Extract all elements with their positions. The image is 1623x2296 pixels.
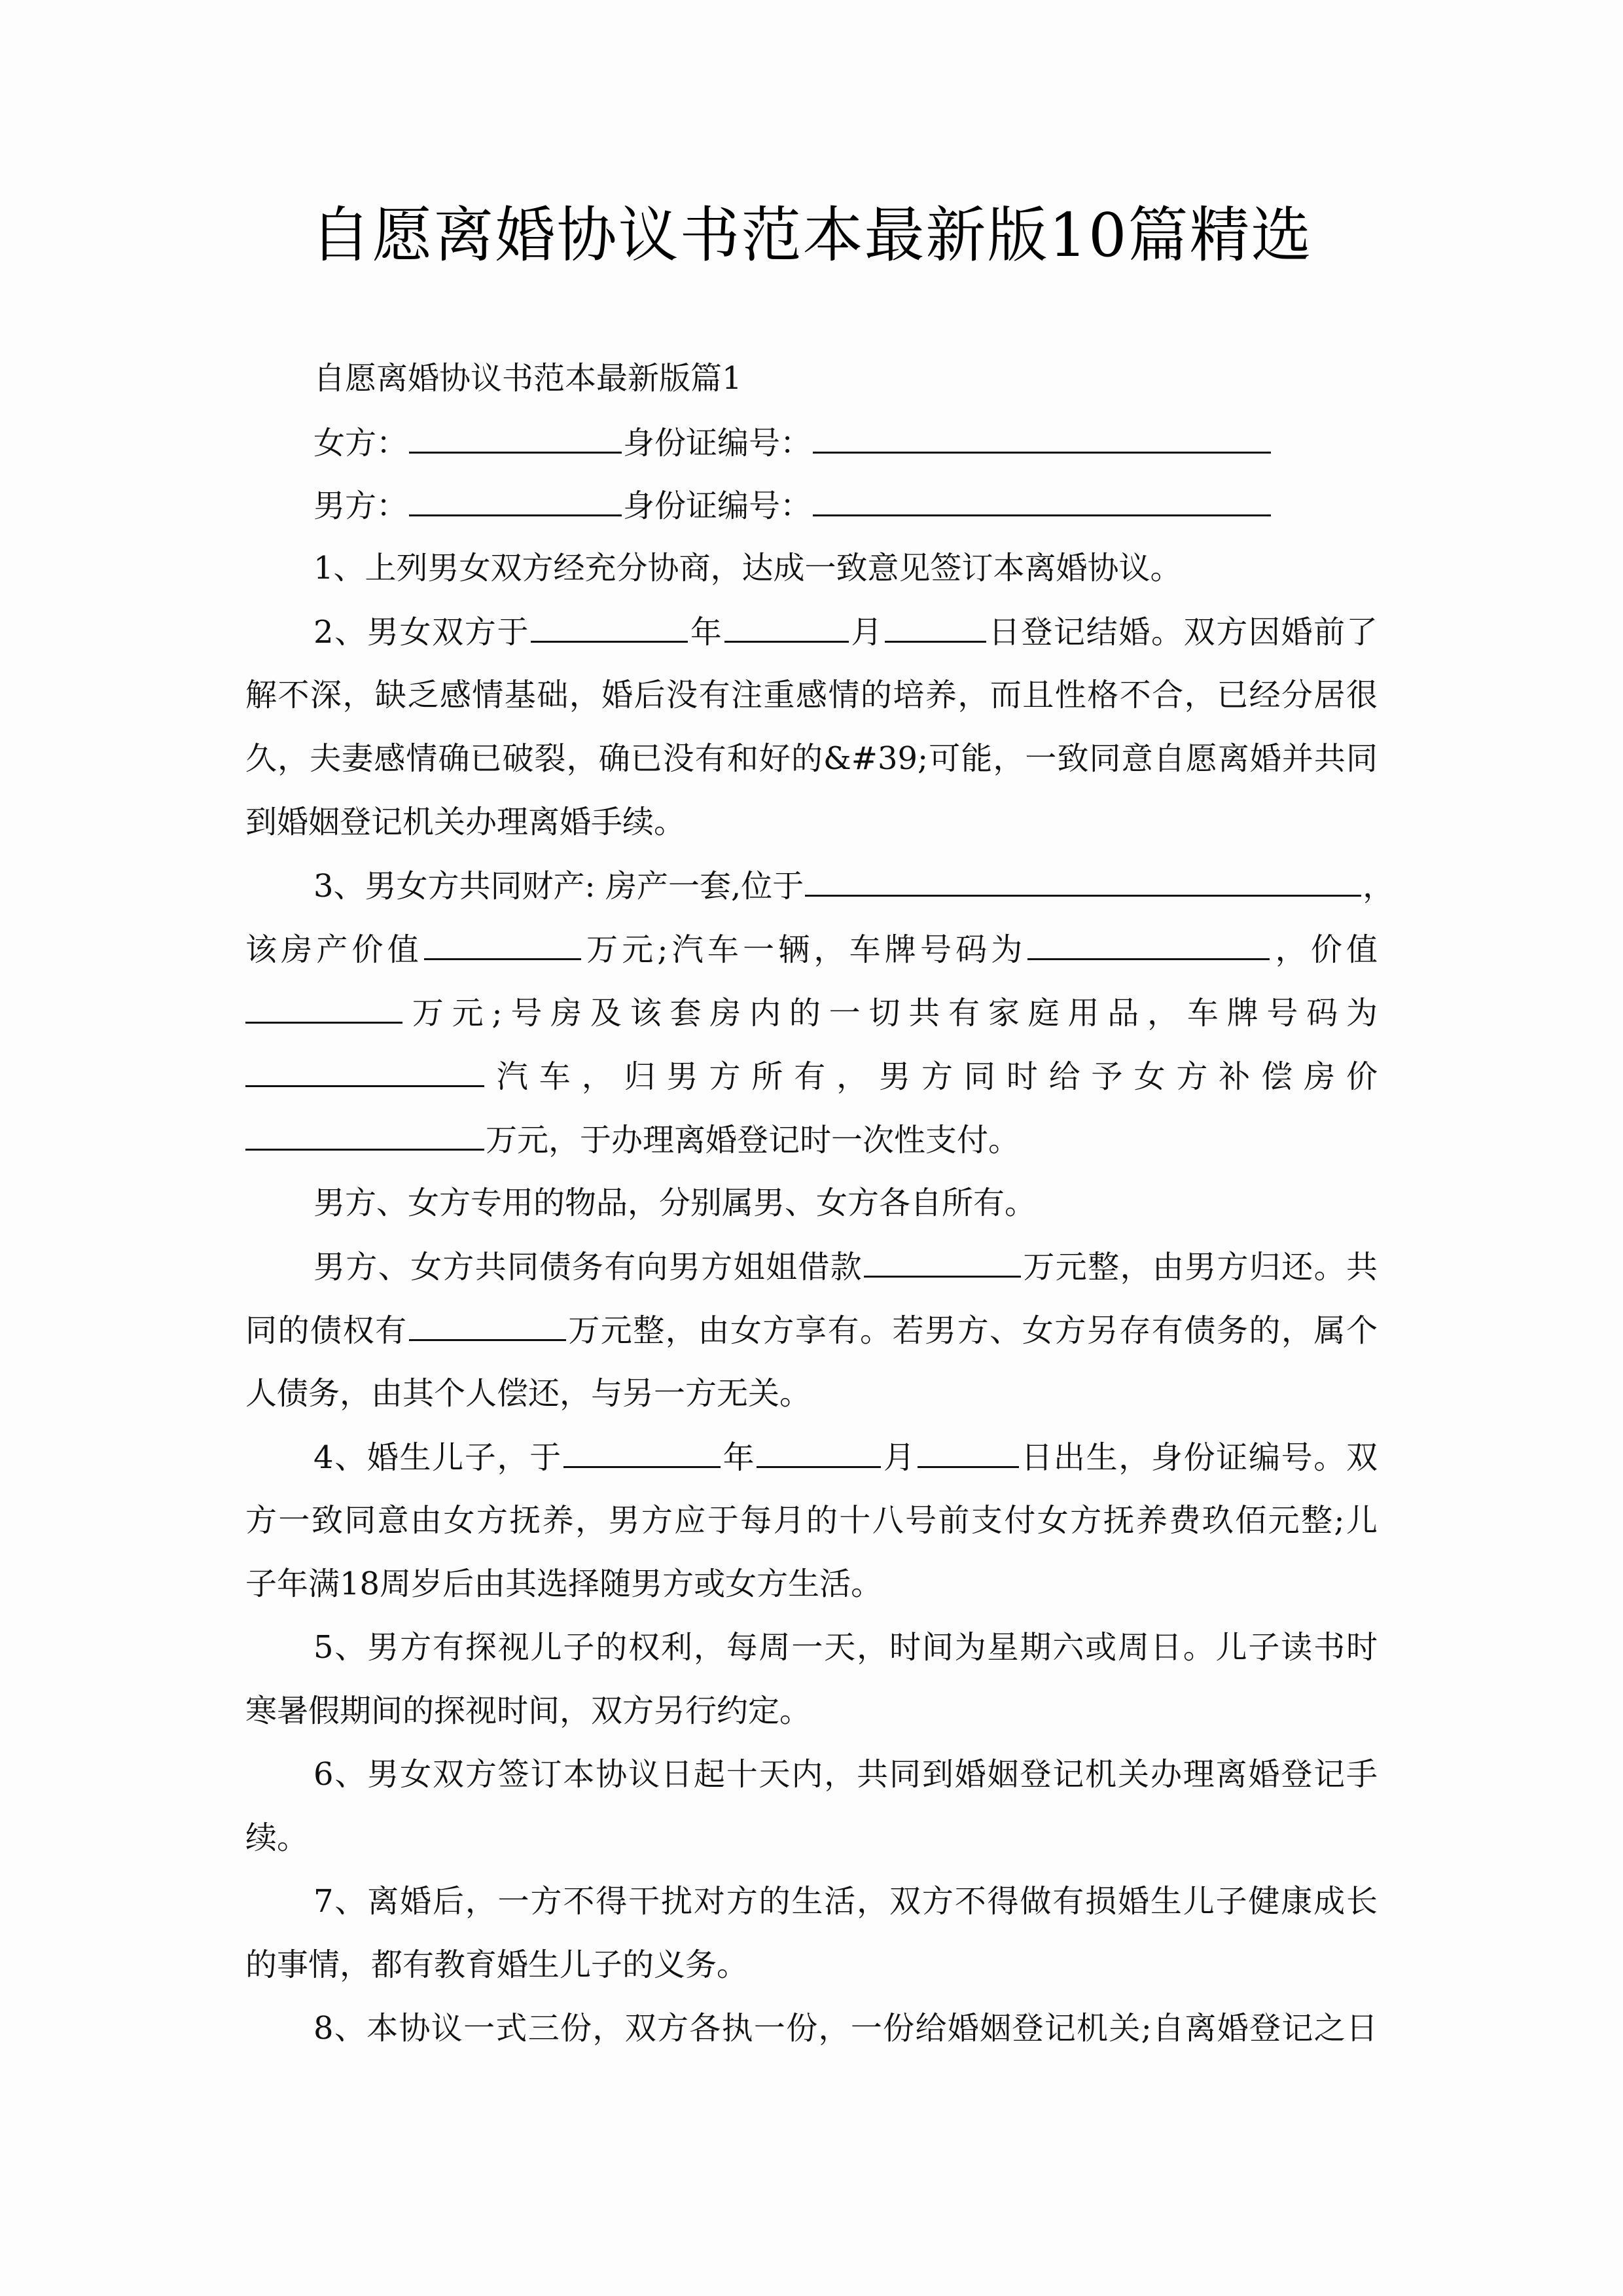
birth-year-blank[interactable] (563, 1437, 721, 1468)
debt-line-1: 男方、女方共同债务有向男方姐姐借款万元整，由男方归还。共 (245, 1247, 1378, 1286)
clause-3-line-5-text: 万元，于办理离婚登记时一次性支付。 (486, 1122, 1020, 1158)
car-value-label: ，价值 (1271, 931, 1378, 968)
clause-6-line-1: 6、男女双方签订本协议日起十天内，共同到婚姻登记机关办理离婚登记手 (245, 1755, 1378, 1794)
clause-4-line-3: 子年满18周岁后由其选择随男方或女方生活。 (245, 1564, 1378, 1604)
property-location-blank[interactable] (805, 866, 1361, 897)
clause-2-line-1: 2、男女双方于年月日登记结婚。双方因婚前了 (245, 612, 1378, 651)
clause-3-line-2: 该房产价值万元;汽车一辆，车牌号码为，价值 (245, 929, 1378, 969)
clause-2-line-2: 解不深，缺乏感情基础，婚后没有注重感情的培养，而且性格不合，已经分居很 (245, 675, 1378, 715)
debt-text-b: 万元整，由男方归还。共 (1022, 1249, 1378, 1285)
clause-3-line-3: 万元;号房及该套房内的一切共有家庭用品，车牌号码为 (245, 993, 1378, 1032)
clause-7-line-1: 7、离婚后，一方不得干扰对方的生活，双方不得做有损婚生儿子健康成长 (245, 1882, 1378, 1921)
clause-1: 1、上列男女双方经充分协商，达成一致意见签订本离婚协议。 (245, 548, 1378, 588)
year-label: 年 (722, 1439, 755, 1476)
car-plate-2-blank[interactable] (245, 1056, 484, 1087)
property-value-blank[interactable] (424, 929, 581, 960)
female-label: 女方： (313, 425, 408, 461)
month-label: 月 (850, 614, 883, 651)
clause-2-line-3: 久，夫妻感情确已破裂，确已没有和好的&#39;可能，一致同意自愿离婚并共同 (245, 739, 1378, 778)
comma: ， (1363, 868, 1394, 905)
credit-text-b: 万元整，由女方享有。若男方、女方另存有债务的，属个 (567, 1312, 1378, 1349)
clause-8-line-1: 8、本协议一式三份，双方各执一份，一份给婚姻登记机关;自离婚登记之日 (245, 2009, 1378, 2048)
clause-3-line-4-text: 汽车，归男方所有，男方同时给予女方补偿房价 (486, 1058, 1378, 1095)
property-value-label: 该房产价值 (245, 931, 423, 968)
clause-4-prefix: 4、婚生儿子，于 (313, 1439, 562, 1476)
section-heading: 自愿离婚协议书范本最新版篇1 (245, 359, 1378, 398)
female-id-label: 身份证编号： (623, 425, 811, 461)
clause-2-line-4: 到婚姻登记机关办理离婚手续。 (245, 802, 1378, 842)
male-id-blank[interactable] (813, 486, 1271, 516)
credit-amount-blank[interactable] (409, 1310, 566, 1341)
clause-3-line-5: 万元，于办理离婚登记时一次性支付。 (245, 1120, 1378, 1159)
clause-4-line-1: 4、婚生儿子，于年月日出生，身份证编号。双 (245, 1437, 1378, 1477)
male-id-label: 身份证编号： (623, 488, 811, 524)
credit-text-a: 同的债权有 (245, 1312, 408, 1349)
debt-line-2: 同的债权有万元整，由女方享有。若男方、女方另存有债务的，属个 (245, 1310, 1378, 1350)
debt-text-a: 男方、女方共同债务有向男方姐姐借款 (313, 1249, 863, 1285)
clause-5-line-2: 寒暑假期间的探视时间，双方另行约定。 (245, 1691, 1378, 1731)
marriage-day-blank[interactable] (885, 612, 986, 643)
clause-2-rest: 日登记结婚。双方因婚前了 (988, 614, 1378, 651)
clause-4-rest: 日出生，身份证编号。双 (1020, 1439, 1378, 1476)
clause-3-line-1: 3、男女方共同财产: 房产一套,位于， (245, 866, 1378, 905)
male-party-line: 男方：身份证编号： (245, 486, 1378, 525)
clause-2-prefix: 2、男女双方于 (313, 614, 529, 651)
female-name-blank[interactable] (409, 423, 622, 454)
marriage-year-blank[interactable] (531, 612, 688, 643)
clause-6-line-2: 续。 (245, 1818, 1378, 1857)
male-label: 男方： (313, 488, 408, 524)
document-page: 自愿离婚协议书范本最新版10篇精选 自愿离婚协议书范本最新版篇1 女方：身份证编… (0, 0, 1623, 2296)
month-label: 月 (882, 1439, 916, 1476)
year-label: 年 (689, 614, 722, 651)
clause-3-line-3-text: 万元;号房及该套房内的一切共有家庭用品，车牌号码为 (404, 995, 1378, 1031)
debt-line-3: 人债务，由其个人偿还，与另一方无关。 (245, 1374, 1378, 1413)
male-name-blank[interactable] (409, 486, 622, 516)
clause-3-line-4: 汽车，归男方所有，男方同时给予女方补偿房价 (245, 1056, 1378, 1096)
clause-5-line-1: 5、男方有探视儿子的权利，每周一天，时间为星期六或周日。儿子读书时 (245, 1628, 1378, 1667)
female-party-line: 女方：身份证编号： (245, 423, 1378, 462)
car-plate-blank[interactable] (1027, 929, 1270, 960)
compensation-blank[interactable] (245, 1120, 484, 1151)
birth-day-blank[interactable] (918, 1437, 1019, 1468)
female-id-blank[interactable] (813, 423, 1271, 454)
personal-items-clause: 男方、女方专用的物品，分别属男、女方各自所有。 (245, 1183, 1378, 1223)
birth-month-blank[interactable] (757, 1437, 881, 1468)
car-value-blank[interactable] (245, 993, 402, 1024)
clause-4-line-2: 方一致同意由女方抚养，男方应于每月的十八号前支付女方抚养费玖佰元整;儿 (245, 1501, 1378, 1540)
clause-7-line-2: 的事情，都有教育婚生儿子的义务。 (245, 1945, 1378, 1984)
marriage-month-blank[interactable] (724, 612, 849, 643)
clause-3-prefix: 3、男女方共同财产: 房产一套,位于 (313, 868, 804, 905)
debt-amount-blank[interactable] (864, 1247, 1021, 1278)
document-title: 自愿离婚协议书范本最新版10篇精选 (0, 196, 1623, 275)
car-plate-label: 万元;汽车一辆，车牌号码为 (582, 931, 1027, 968)
